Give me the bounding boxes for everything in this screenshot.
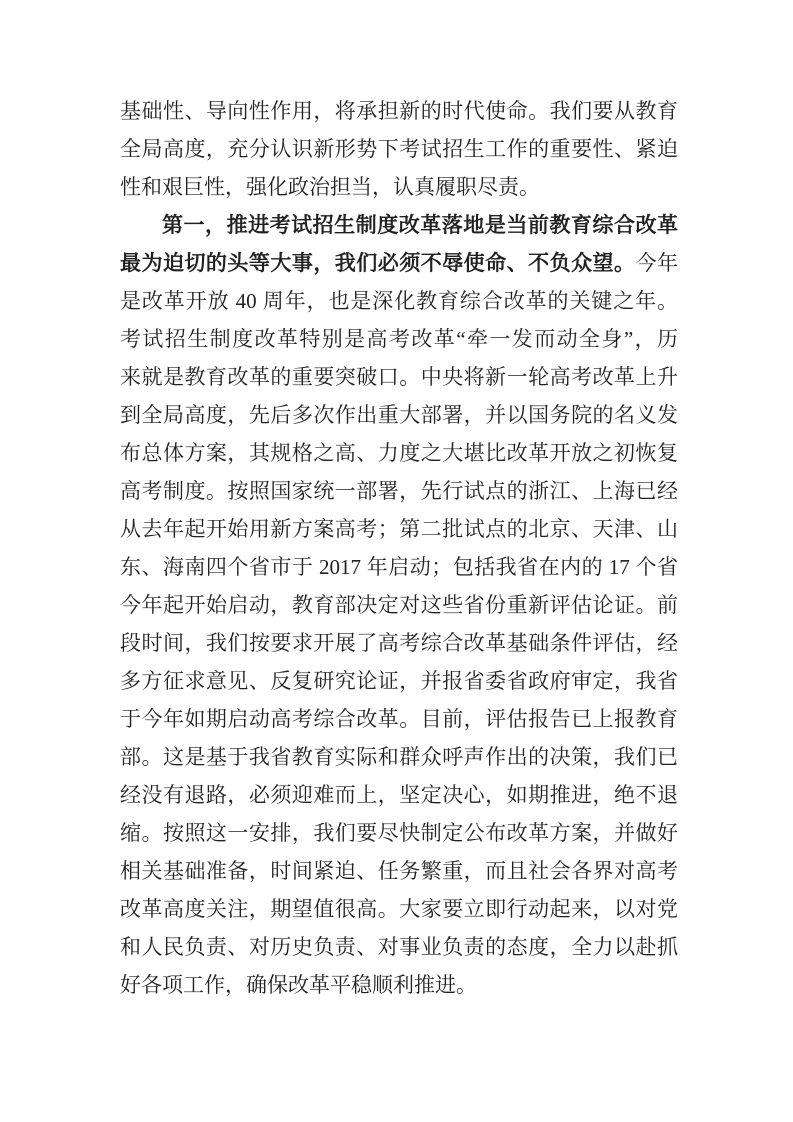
- text-run: 和人民负责、对历史负责、对事业负责的态度，全力以赴抓: [120, 935, 678, 959]
- text-run: 今年起开始启动，教育部决定对这些省份重新评估论证。前: [120, 593, 678, 617]
- text-run: 从去年起开始用新方案高考；第二批试点的北京、天津、山: [120, 517, 678, 541]
- text-run: 改革高度关注，期望值很高。大家要立即行动起来，以对党: [120, 897, 678, 921]
- text-line: 东、海南四个省市于 2017 年启动；包括我省在内的 17 个省: [120, 548, 678, 586]
- text-run: 性和艰巨性，强化政治担当，认真履职尽责。: [120, 175, 540, 199]
- text-line: 到全局高度，先后多次作出重大部署，并以国务院的名义发: [120, 396, 678, 434]
- document-text-block: 基础性、导向性作用，将承担新的时代使命。我们要从教育全局高度，充分认识新形势下考…: [120, 92, 678, 1004]
- document-page: 基础性、导向性作用，将承担新的时代使命。我们要从教育全局高度，充分认识新形势下考…: [0, 0, 793, 1122]
- text-run: 东、海南四个省市于 2017 年启动；包括我省在内的 17 个省: [120, 555, 678, 579]
- text-line: 全局高度，充分认识新形势下考试招生工作的重要性、紧迫: [120, 130, 678, 168]
- text-line: 好各项工作，确保改革平稳顺利推进。: [120, 966, 678, 1004]
- text-line: 改革高度关注，期望值很高。大家要立即行动起来，以对党: [120, 890, 678, 928]
- text-run: 经没有退路，必须迎难而上，坚定决心，如期推进，绝不退: [120, 783, 678, 807]
- text-run: 来就是教育改革的重要突破口。中央将新一轮高考改革上升: [120, 365, 678, 389]
- text-run: 于今年如期启动高考综合改革。目前，评估报告已上报教育: [120, 707, 678, 731]
- text-run: 全局高度，充分认识新形势下考试招生工作的重要性、紧迫: [120, 137, 678, 161]
- text-line: 多方征求意见、反复研究论证，并报省委省政府审定，我省: [120, 662, 678, 700]
- text-line: 高考制度。按照国家统一部署，先行试点的浙江、上海已经: [120, 472, 678, 510]
- text-line: 第一，推进考试招生制度改革落地是当前教育综合改革: [120, 206, 678, 244]
- text-run: 高考制度。按照国家统一部署，先行试点的浙江、上海已经: [120, 479, 678, 503]
- text-line: 经没有退路，必须迎难而上，坚定决心，如期推进，绝不退: [120, 776, 678, 814]
- text-line: 考试招生制度改革特别是高考改革“牵一发而动全身”，历: [120, 320, 678, 358]
- bold-text-run: 最为迫切的头等大事，我们必须不辱使命、不负众望。: [120, 251, 636, 275]
- bold-text-run: 第一，推进考试招生制度改革落地是当前教育综合改革: [162, 213, 678, 237]
- text-line: 和人民负责、对历史负责、对事业负责的态度，全力以赴抓: [120, 928, 678, 966]
- text-line: 于今年如期启动高考综合改革。目前，评估报告已上报教育: [120, 700, 678, 738]
- text-run: 缩。按照这一安排，我们要尽快制定公布改革方案，并做好: [120, 821, 678, 845]
- text-run: 部。这是基于我省教育实际和群众呼声作出的决策，我们已: [120, 745, 678, 769]
- text-line: 段时间，我们按要求开展了高考综合改革基础条件评估，经: [120, 624, 678, 662]
- text-run: 今年: [636, 251, 678, 275]
- text-run: 到全局高度，先后多次作出重大部署，并以国务院的名义发: [120, 403, 678, 427]
- text-run: 多方征求意见、反复研究论证，并报省委省政府审定，我省: [120, 669, 678, 693]
- text-line: 基础性、导向性作用，将承担新的时代使命。我们要从教育: [120, 92, 678, 130]
- text-run: 段时间，我们按要求开展了高考综合改革基础条件评估，经: [120, 631, 678, 655]
- text-run: 是改革开放 40 周年，也是深化教育综合改革的关键之年。: [120, 289, 678, 313]
- text-line: 缩。按照这一安排，我们要尽快制定公布改革方案，并做好: [120, 814, 678, 852]
- text-line: 部。这是基于我省教育实际和群众呼声作出的决策，我们已: [120, 738, 678, 776]
- text-line: 是改革开放 40 周年，也是深化教育综合改革的关键之年。: [120, 282, 678, 320]
- text-line: 性和艰巨性，强化政治担当，认真履职尽责。: [120, 168, 678, 206]
- text-line: 从去年起开始用新方案高考；第二批试点的北京、天津、山: [120, 510, 678, 548]
- text-line: 最为迫切的头等大事，我们必须不辱使命、不负众望。今年: [120, 244, 678, 282]
- text-run: 布总体方案，其规格之高、力度之大堪比改革开放之初恢复: [120, 441, 678, 465]
- text-run: 好各项工作，确保改革平稳顺利推进。: [120, 973, 477, 997]
- text-run: 相关基础准备，时间紧迫、任务繁重，而且社会各界对高考: [120, 859, 678, 883]
- text-line: 布总体方案，其规格之高、力度之大堪比改革开放之初恢复: [120, 434, 678, 472]
- text-line: 相关基础准备，时间紧迫、任务繁重，而且社会各界对高考: [120, 852, 678, 890]
- text-line: 今年起开始启动，教育部决定对这些省份重新评估论证。前: [120, 586, 678, 624]
- text-run: 基础性、导向性作用，将承担新的时代使命。我们要从教育: [120, 99, 678, 123]
- text-run: 考试招生制度改革特别是高考改革“牵一发而动全身”，历: [120, 327, 678, 351]
- text-line: 来就是教育改革的重要突破口。中央将新一轮高考改革上升: [120, 358, 678, 396]
